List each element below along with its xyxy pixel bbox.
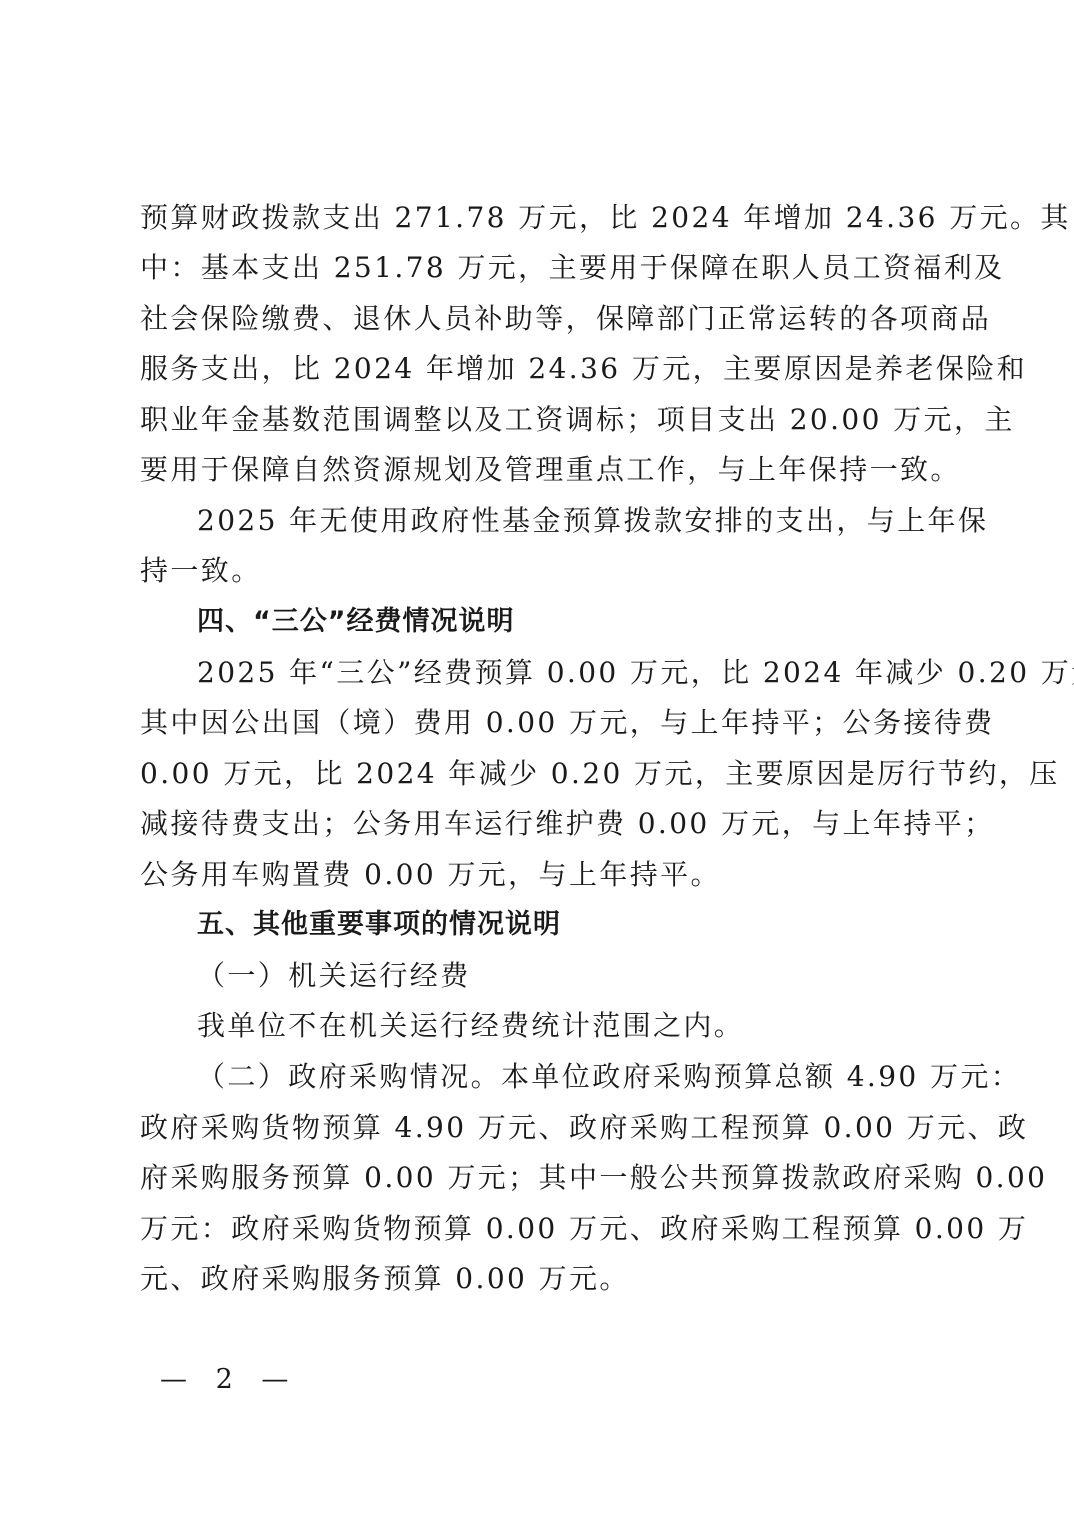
section-heading-five: 五、其他重要事项的情况说明 bbox=[197, 900, 936, 950]
subsection-heading-two: （二）政府采购情况。本单位政府采购预算总额 4.90 万元： bbox=[197, 1052, 936, 1102]
paragraph-line: 0.00 万元，比 2024 年减少 0.20 万元，主要原因是厉行节约，压 bbox=[140, 749, 936, 799]
paragraph-line: 要用于保障自然资源规划及管理重点工作，与上年保持一致。 bbox=[140, 445, 936, 495]
paragraph-line: 2025 年“三公”经费预算 0.00 万元，比 2024 年减少 0.20 万… bbox=[197, 648, 936, 698]
paragraph-line: 2025 年无使用政府性基金预算拨款安排的支出，与上年保 bbox=[197, 496, 936, 546]
paragraph-line: 社会保险缴费、退休人员补助等，保障部门正常运转的各项商品 bbox=[140, 294, 936, 344]
document-page: 预算财政拨款支出 271.78 万元，比 2024 年增加 24.36 万元。其… bbox=[0, 0, 1074, 1520]
paragraph-line: 万元：政府采购货物预算 0.00 万元、政府采购工程预算 0.00 万 bbox=[140, 1204, 936, 1254]
paragraph-line: 府采购服务预算 0.00 万元；其中一般公共预算拨款政府采购 0.00 bbox=[140, 1153, 936, 1203]
paragraph-line: 服务支出，比 2024 年增加 24.36 万元，主要原因是养老保险和 bbox=[140, 344, 936, 394]
paragraph-line: 其中因公出国（境）费用 0.00 万元，与上年持平；公务接待费 bbox=[140, 698, 936, 748]
section-heading-four: 四、“三公”经费情况说明 bbox=[197, 597, 936, 647]
paragraph-line: 政府采购货物预算 4.90 万元、政府采购工程预算 0.00 万元、政 bbox=[140, 1103, 936, 1153]
subsection-heading-one: （一）机关运行经费 bbox=[197, 951, 936, 1001]
page-number: — 2 — bbox=[160, 1362, 298, 1398]
paragraph-line: 公务用车购置费 0.00 万元，与上年持平。 bbox=[140, 850, 936, 900]
paragraph-line: 职业年金基数范围调整以及工资调标；项目支出 20.00 万元，主 bbox=[140, 395, 936, 445]
paragraph-line: 预算财政拨款支出 271.78 万元，比 2024 年增加 24.36 万元。其 bbox=[140, 193, 936, 243]
paragraph-line: 中：基本支出 251.78 万元，主要用于保障在职人员工资福利及 bbox=[140, 243, 936, 293]
paragraph-line: 持一致。 bbox=[140, 546, 936, 596]
paragraph-line: 我单位不在机关运行经费统计范围之内。 bbox=[197, 1001, 936, 1051]
paragraph-line: 元、政府采购服务预算 0.00 万元。 bbox=[140, 1254, 936, 1304]
paragraph-line: 减接待费支出；公务用车运行维护费 0.00 万元，与上年持平； bbox=[140, 799, 936, 849]
